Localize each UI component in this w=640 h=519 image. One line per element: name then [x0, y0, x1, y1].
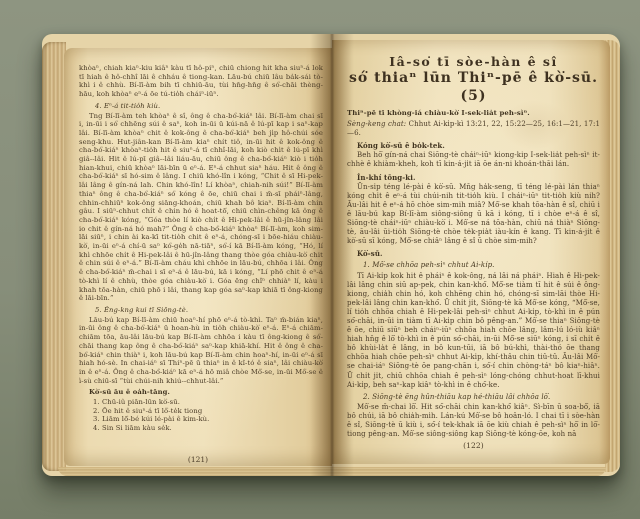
left-page-number: (121): [64, 455, 332, 464]
story-part-1-heading: 1. Mô͘-se chhōa peh-sìⁿ chhut Ai-ki̍p.: [347, 261, 600, 270]
right-page-number: (122): [347, 441, 600, 450]
scripture-reference: Sèng-keng chat: Chhut Ai-ki̍p-kì 13:21, …: [347, 120, 600, 138]
motivation-paragraph: Ūn-si̍p téng lé-pài ê kò͘-sū. Mn̄g ha̍k-…: [347, 183, 600, 247]
activity-item: 3. Liām lō͘-bé kúi lé-pài ê kim-kù.: [79, 415, 323, 424]
lesson-subtitle: Thiⁿ-pē tī khòng-iá chiàu-kò͘ I-sek-lia̍…: [347, 109, 600, 118]
right-page-text: Iâ-so͘ tī sòe-hàn ê sî só͘ thiaⁿ lūn Thi…: [347, 54, 600, 456]
continuation-paragraph: khòaⁿ, chiah kiaⁿ-kiu kiâⁿ kàu tī hô-piⁿ…: [79, 64, 323, 99]
open-book: khòaⁿ, chiah kiaⁿ-kiu kiâⁿ kàu tī hô-piⁿ…: [42, 34, 620, 476]
activities-heading: Kò͘-sū āu ê oa̍h-tāng.: [79, 388, 323, 397]
left-page-text: khòaⁿ, chiah kiaⁿ-kiu kiâⁿ kàu tī hô-piⁿ…: [79, 64, 323, 458]
page-stack-bottom-edge: [58, 467, 606, 476]
story-heading: Kò͘-sū.: [347, 249, 600, 258]
activity-item: 4. Sin Si liām kàu se̍k.: [79, 424, 323, 433]
activity-item: 1. Chū-iû piān-lūn kò͘-sū.: [79, 398, 323, 407]
section-4-heading: 4. Eⁿ-á tit-tio̍h kiù.: [79, 102, 323, 111]
lesson-title-line-2: só͘ thiaⁿ lūn Thiⁿ-pē ê kò͘-sū. (5): [347, 69, 600, 105]
scripture-label: Sèng-keng chat:: [347, 120, 406, 128]
section-4-paragraph: Tng Bí-lī-àm teh khòaⁿ ê sî, ông ê cha-b…: [79, 112, 323, 303]
purpose-paragraph: Beh hō͘ gín-ná chai Siōng-tè cháiⁿ-iūⁿ k…: [347, 151, 600, 169]
lesson-title: Iâ-so͘ tī sòe-hàn ê sî só͘ thiaⁿ lūn Thi…: [347, 54, 600, 105]
left-page: khòaⁿ, chiah kiaⁿ-kiu kiâⁿ kàu tī hô-piⁿ…: [64, 48, 332, 466]
right-page: Iâ-so͘ tī sòe-hàn ê sî só͘ thiaⁿ lūn Thi…: [332, 40, 610, 464]
section-5-heading: 5. Êng-kng kui tī Siōng-tè.: [79, 306, 323, 315]
page-stack-left-edge: [42, 42, 66, 471]
story-part-2-heading: 2. Siōng-tè ēng hûn-thiāu kap hé-thiāu l…: [347, 393, 600, 402]
section-5-paragraph: Lāu-bú kap Bí-lī-àm chiū hoaⁿ-hí phō eⁿ-…: [79, 316, 323, 386]
lesson-title-line-1: Iâ-so͘ tī sòe-hàn ê sî: [347, 54, 600, 69]
story-part-2-paragraph: Mô͘-se m̄-chai lō͘. Hit só͘-chāi chin ka…: [347, 403, 600, 439]
purpose-heading: Kóng kò͘-sū ê bo̍k-tek.: [347, 141, 600, 150]
motivation-heading: Ín-khí tōng-ki.: [347, 173, 600, 182]
story-part-1-paragraph: Tī Ai-ki̍p kok hit ê pháiⁿ ê kok-ông, ná…: [347, 272, 600, 390]
